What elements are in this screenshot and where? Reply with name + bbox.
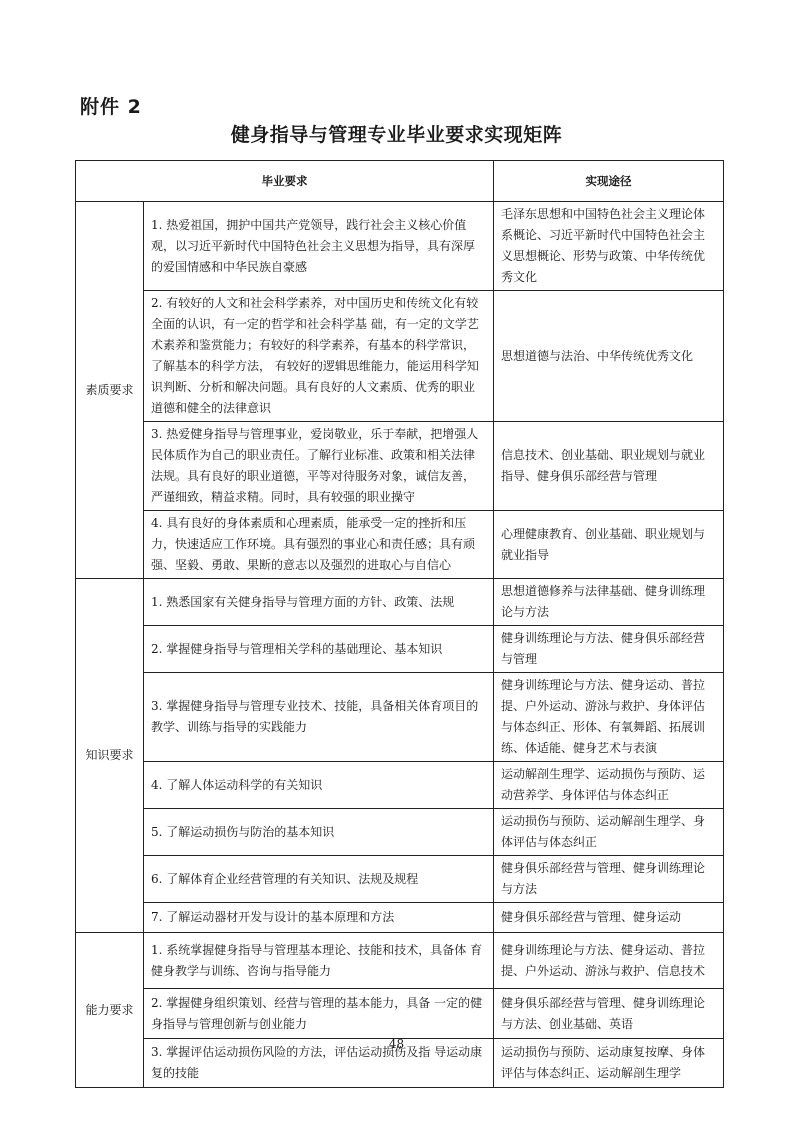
table-header-row: 毕业要求 实现途径	[76, 161, 724, 202]
pathway-cell: 健身训练理论与方法、健身运动、普拉提、户外运动、游泳与救护、信息技术	[494, 933, 724, 989]
requirement-cell: 3. 掌握健身指导与管理专业技术、技能，具备相关体育项目的教学、训练与指导的实践…	[144, 673, 494, 762]
pathway-cell: 心理健康教育、创业基础、职业规划与就业指导	[494, 511, 724, 579]
table-row: 7. 了解运动器材开发与设计的基本原理和方法健身俱乐部经营与管理、健身运动	[76, 903, 724, 933]
requirement-cell: 2. 掌握健身组织策划、经营与管理的基本能力，具备 一定的健身指导与管理创新与创…	[144, 989, 494, 1039]
requirement-cell: 5. 了解运动损伤与防治的基本知识	[144, 809, 494, 856]
document-title: 健身指导与管理专业毕业要求实现矩阵	[0, 120, 793, 147]
category-cell: 能力要求	[76, 933, 144, 1088]
requirement-cell: 4. 具有良好的身体素质和心理素质，能承受一定的挫折和压力，快速适应工作环境。具…	[144, 511, 494, 579]
requirement-cell: 2. 有较好的人文和社会科学素养，对中国历史和传统文化有较全面的认识，有一定的哲…	[144, 291, 494, 422]
pathway-cell: 思想道德与法治、中华传统优秀文化	[494, 291, 724, 422]
table-row: 4. 了解人体运动科学的有关知识运动解剖生理学、运动损伤与预防、运动营养学、身体…	[76, 762, 724, 809]
page-number: 48	[0, 1037, 793, 1051]
table-row: 6. 了解体育企业经营管理的有关知识、法规及规程健身俱乐部经营与管理、健身训练理…	[76, 856, 724, 903]
pathway-cell: 运动解剖生理学、运动损伤与预防、运动营养学、身体评估与体态纠正	[494, 762, 724, 809]
pathway-cell: 健身训练理论与方法、健身运动、普拉提、户外运动、游泳与救护、身体评估与体态纠正、…	[494, 673, 724, 762]
pathway-cell: 信息技术、创业基础、职业规划与就业指导、健身俱乐部经营与管理	[494, 422, 724, 511]
graduation-requirements-matrix: 毕业要求 实现途径 素质要求1. 热爱祖国，拥护中国共产党领导，践行社会主义核心…	[75, 160, 724, 1088]
requirement-cell: 1. 热爱祖国，拥护中国共产党领导，践行社会主义核心价值观，以习近平新时代中国特…	[144, 202, 494, 291]
pathway-cell: 健身俱乐部经营与管理、健身训练理论与方法	[494, 856, 724, 903]
category-cell: 素质要求	[76, 202, 144, 579]
header-pathway: 实现途径	[494, 161, 724, 202]
requirement-cell: 4. 了解人体运动科学的有关知识	[144, 762, 494, 809]
table-row: 4. 具有良好的身体素质和心理素质，能承受一定的挫折和压力，快速适应工作环境。具…	[76, 511, 724, 579]
requirement-cell: 3. 热爱健身指导与管理事业，爱岗敬业，乐于奉献，把增强人民体质作为自己的职业责…	[144, 422, 494, 511]
table-row: 能力要求1. 系统掌握健身指导与管理基本理论、技能和技术，具备体 育健身教学与训…	[76, 933, 724, 989]
table-row: 素质要求1. 热爱祖国，拥护中国共产党领导，践行社会主义核心价值观，以习近平新时…	[76, 202, 724, 291]
annex-label: 附件 2	[80, 92, 142, 119]
pathway-cell: 运动损伤与预防、运动解剖生理学、身体评估与体态纠正	[494, 809, 724, 856]
pathway-cell: 思想道德修养与法律基础、健身训练理论与方法	[494, 579, 724, 626]
requirement-cell: 1. 熟悉国家有关健身指导与管理方面的方针、政策、法规	[144, 579, 494, 626]
pathway-cell: 健身俱乐部经营与管理、健身训练理论与方法、创业基础、英语	[494, 989, 724, 1039]
table-row: 3. 热爱健身指导与管理事业，爱岗敬业，乐于奉献，把增强人民体质作为自己的职业责…	[76, 422, 724, 511]
table-row: 2. 掌握健身组织策划、经营与管理的基本能力，具备 一定的健身指导与管理创新与创…	[76, 989, 724, 1039]
requirement-cell: 2. 掌握健身指导与管理相关学科的基础理论、基本知识	[144, 626, 494, 673]
pathway-cell: 健身俱乐部经营与管理、健身运动	[494, 903, 724, 933]
requirement-cell: 1. 系统掌握健身指导与管理基本理论、技能和技术，具备体 育健身教学与训练、咨询…	[144, 933, 494, 989]
pathway-cell: 健身训练理论与方法、健身俱乐部经营与管理	[494, 626, 724, 673]
category-cell: 知识要求	[76, 579, 144, 933]
pathway-cell: 毛泽东思想和中国特色社会主义理论体系概论、习近平新时代中国特色社会主义思想概论、…	[494, 202, 724, 291]
table-row: 3. 掌握健身指导与管理专业技术、技能，具备相关体育项目的教学、训练与指导的实践…	[76, 673, 724, 762]
table-row: 2. 掌握健身指导与管理相关学科的基础理论、基本知识健身训练理论与方法、健身俱乐…	[76, 626, 724, 673]
requirement-cell: 6. 了解体育企业经营管理的有关知识、法规及规程	[144, 856, 494, 903]
header-requirement: 毕业要求	[76, 161, 494, 202]
table-row: 2. 有较好的人文和社会科学素养，对中国历史和传统文化有较全面的认识，有一定的哲…	[76, 291, 724, 422]
requirement-cell: 7. 了解运动器材开发与设计的基本原理和方法	[144, 903, 494, 933]
table-row: 知识要求1. 熟悉国家有关健身指导与管理方面的方针、政策、法规思想道德修养与法律…	[76, 579, 724, 626]
table-row: 5. 了解运动损伤与防治的基本知识运动损伤与预防、运动解剖生理学、身体评估与体态…	[76, 809, 724, 856]
